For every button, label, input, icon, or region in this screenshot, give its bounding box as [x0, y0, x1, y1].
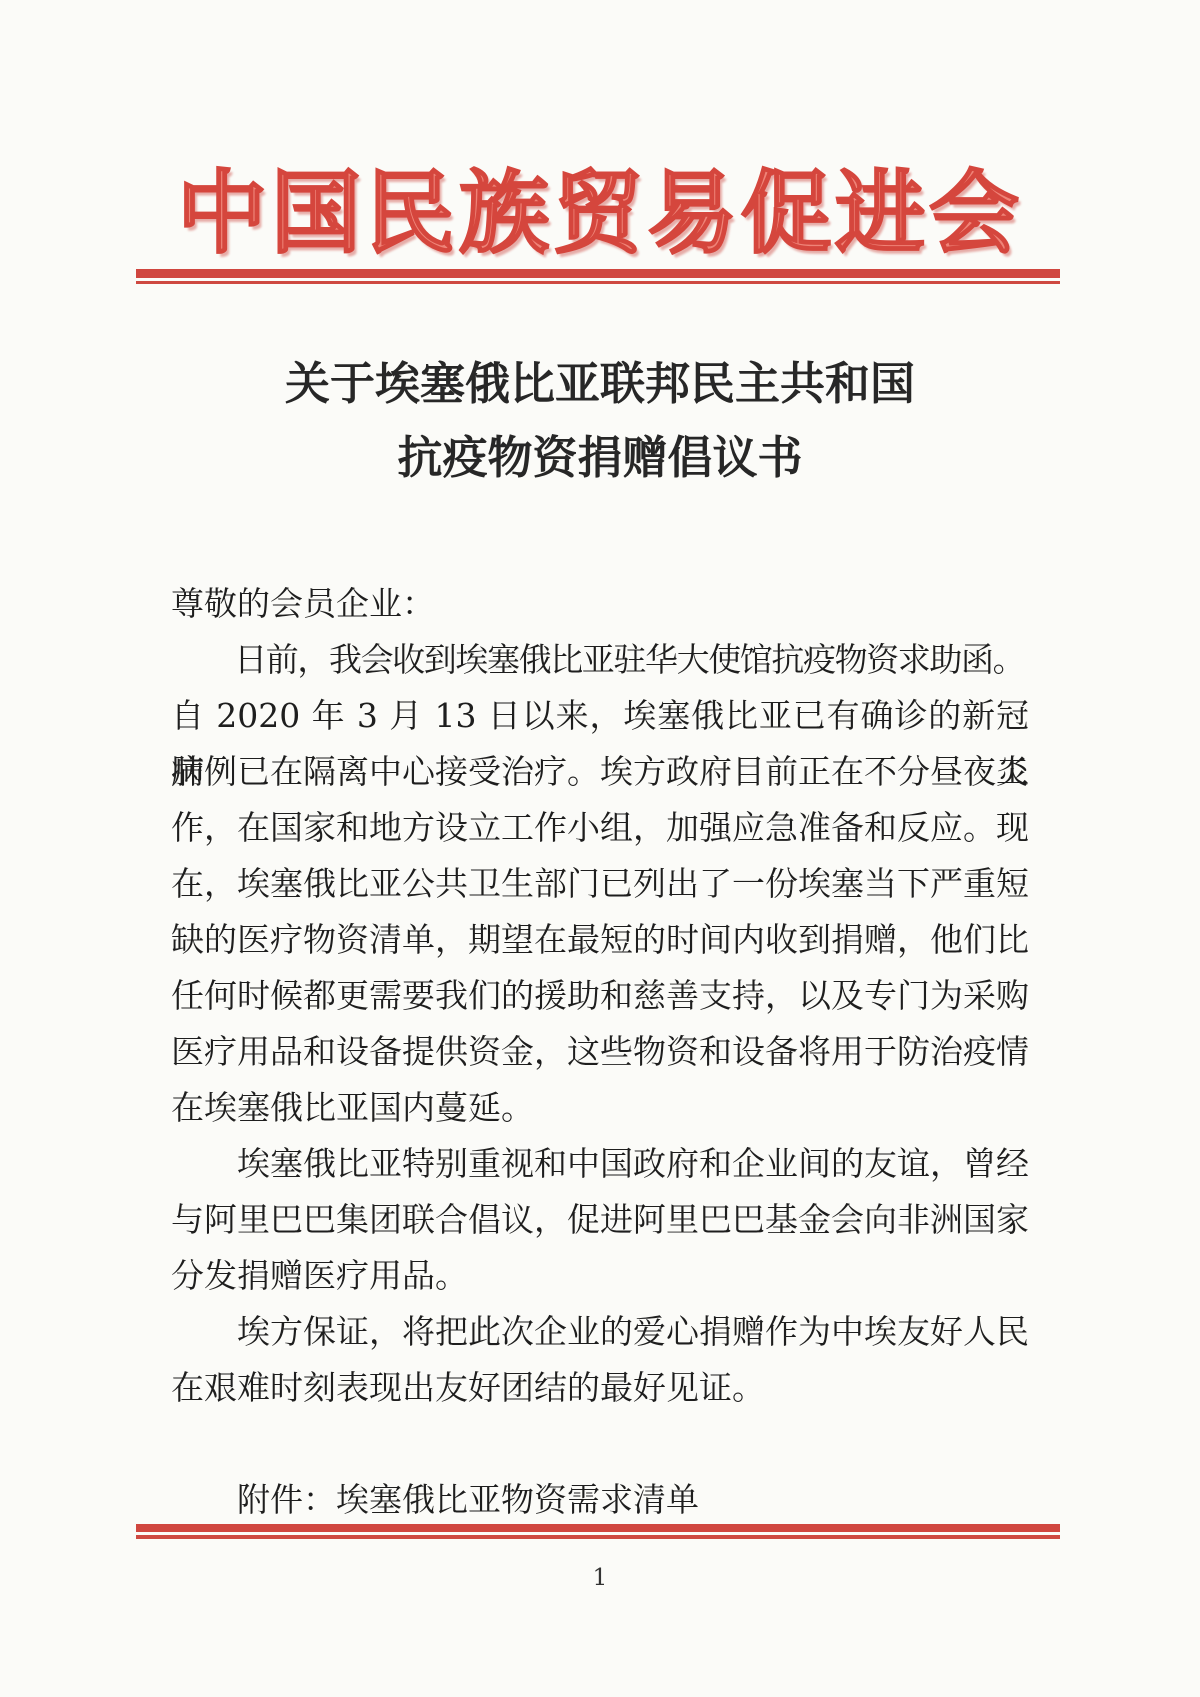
letterhead-rule-thin — [136, 281, 1060, 284]
letter-body: 尊敬的会员企业： 日前，我会收到埃塞俄比亚驻华大使馆抗疫物资求助函。 自 202… — [171, 576, 1029, 1528]
body-line: 在埃塞俄比亚国内蔓延。 — [171, 1080, 1029, 1136]
page-number: 1 — [0, 1565, 1200, 1591]
footer-double-rule — [136, 1524, 1060, 1539]
letterhead-org-name: 中国民族贸易促进会 — [0, 140, 1200, 270]
document-title: 关于埃塞俄比亚联邦民主共和国 抗疫物资捐赠倡议书 — [0, 347, 1200, 495]
body-line: 自 2020 年 3 月 13 日以来，埃塞俄比亚已有确诊的新冠肺炎 — [171, 688, 1029, 744]
document-title-line-2: 抗疫物资捐赠倡议书 — [0, 421, 1200, 495]
body-line: 任何时候都更需要我们的援助和慈善支持，以及专门为采购 — [171, 968, 1029, 1024]
body-line: 与阿里巴巴集团联合倡议，促进阿里巴巴基金会向非洲国家 — [171, 1192, 1029, 1248]
body-line: 埃方保证，将把此次企业的爱心捐赠作为中埃友好人民 — [171, 1304, 1029, 1360]
body-line: 作，在国家和地方设立工作小组，加强应急准备和反应。现 — [171, 800, 1029, 856]
body-line: 埃塞俄比亚特别重视和中国政府和企业间的友谊，曾经 — [171, 1136, 1029, 1192]
letterhead-double-rule — [136, 269, 1060, 284]
body-line: 日前，我会收到埃塞俄比亚驻华大使馆抗疫物资求助函。 — [171, 632, 1029, 688]
body-line: 医疗用品和设备提供资金，这些物资和设备将用于防治疫情 — [171, 1024, 1029, 1080]
document-page: 中国民族贸易促进会 关于埃塞俄比亚联邦民主共和国 抗疫物资捐赠倡议书 尊敬的会员… — [0, 0, 1200, 1697]
footer-rule-thick — [136, 1524, 1060, 1532]
footer-rule-thin — [136, 1535, 1060, 1539]
body-line: 在，埃塞俄比亚公共卫生部门已列出了一份埃塞当下严重短 — [171, 856, 1029, 912]
attachment-line: 附件：埃塞俄比亚物资需求清单 — [171, 1472, 1029, 1528]
salutation-line: 尊敬的会员企业： — [171, 576, 1029, 632]
body-line: 分发捐赠医疗用品。 — [171, 1248, 1029, 1304]
letterhead-rule-thick — [136, 269, 1060, 278]
document-title-line-1: 关于埃塞俄比亚联邦民主共和国 — [0, 347, 1200, 421]
body-line: 病例已在隔离中心接受治疗。埃方政府目前正在不分昼夜工 — [171, 744, 1029, 800]
body-line: 在艰难时刻表现出友好团结的最好见证。 — [171, 1360, 1029, 1416]
body-line: 缺的医疗物资清单，期望在最短的时间内收到捐赠，他们比 — [171, 912, 1029, 968]
